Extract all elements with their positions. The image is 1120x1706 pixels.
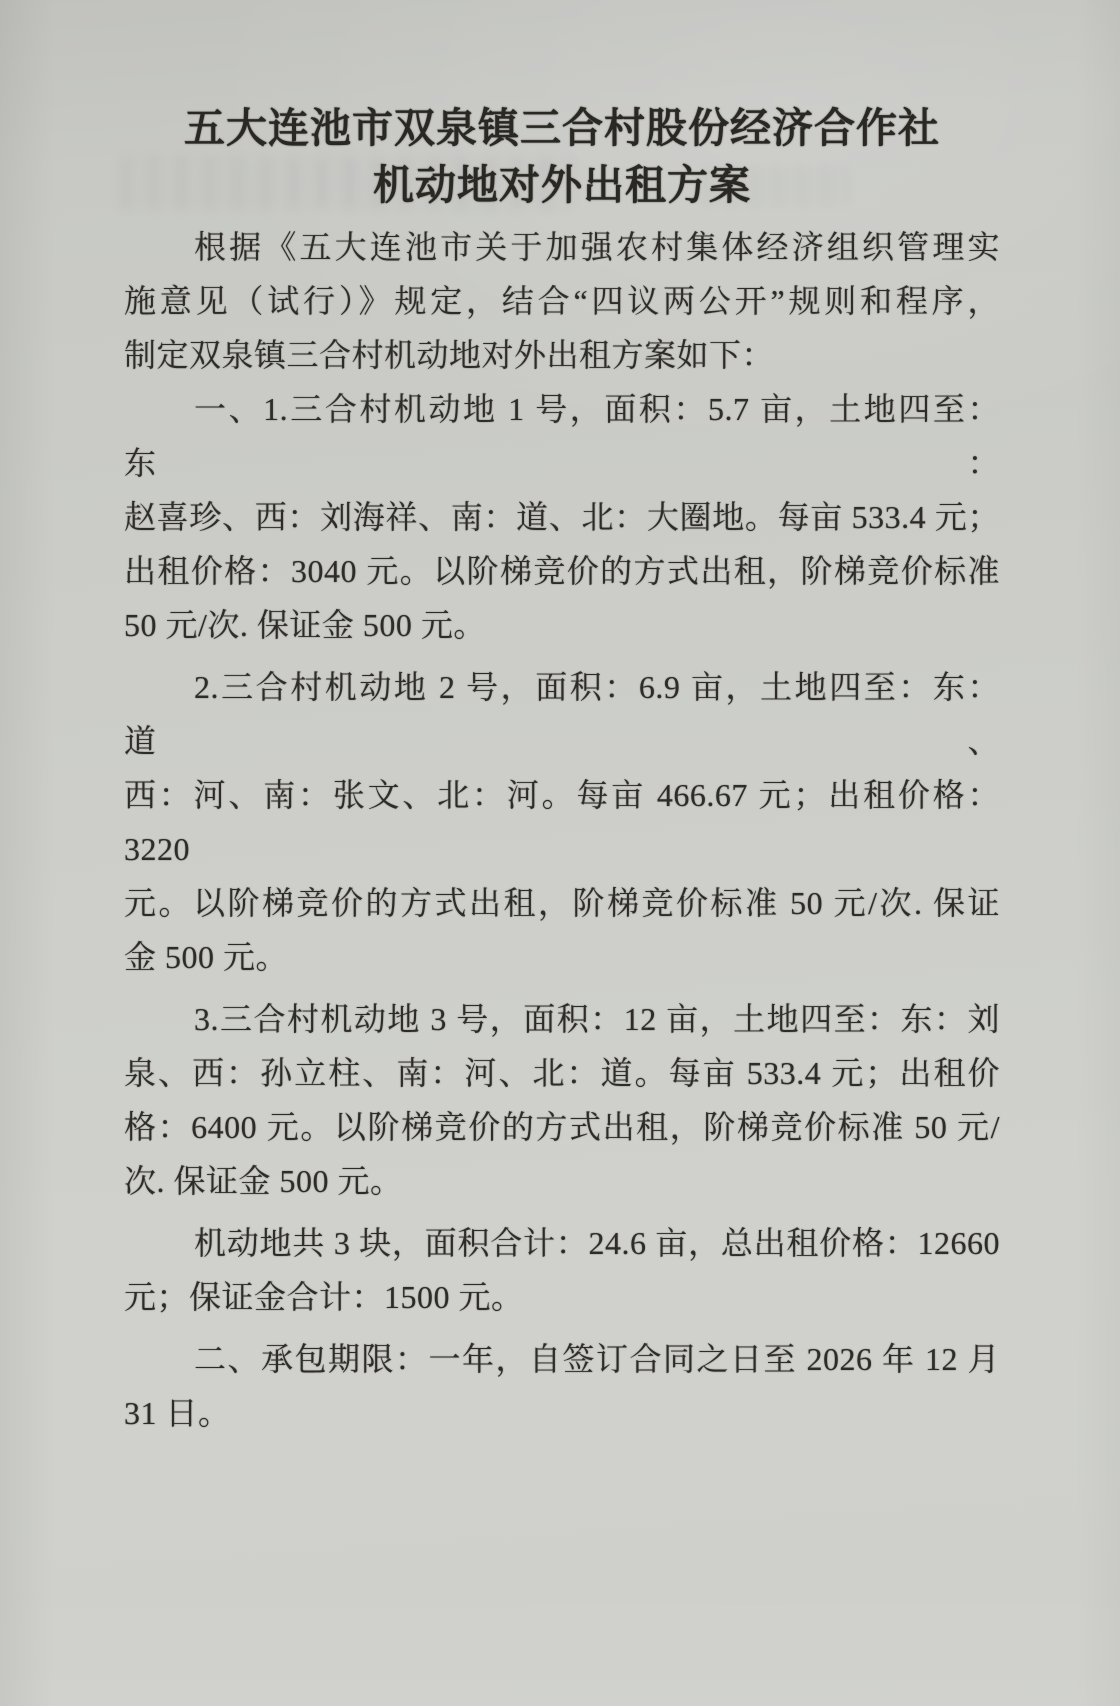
doc-line: 元；保证金合计：1500 元。 <box>124 1270 1000 1324</box>
doc-line: 出租价格：3040 元。以阶梯竞价的方式出租，阶梯竞价标准 <box>124 544 1000 598</box>
doc-line: 二、承包期限：一年，自签订合同之日至 2026 年 12 月 <box>124 1332 1000 1386</box>
doc-title-line-2: 机动地对外出租方案 <box>124 157 1000 214</box>
paragraph-term: 二、承包期限：一年，自签订合同之日至 2026 年 12 月 31 日。 <box>124 1332 1000 1440</box>
doc-line: 3.三合村机动地 3 号，面积：12 亩，土地四至：东：刘 <box>124 992 1000 1046</box>
paragraph-intro: 根据《五大连池市关于加强农村集体经济组织管理实 施意见（试行）》规定，结合“四议… <box>124 220 1000 382</box>
doc-line: 赵喜珍、西：刘海祥、南：道、北：大圈地。每亩 533.4 元； <box>124 490 1000 544</box>
paragraph-plot-2: 2.三合村机动地 2 号，面积：6.9 亩，土地四至：东：道、 西：河、南：张文… <box>124 660 1000 984</box>
doc-line: 格：6400 元。以阶梯竞价的方式出租，阶梯竞价标准 50 元/ <box>124 1100 1000 1154</box>
paragraph-summary: 机动地共 3 块，面积合计：24.6 亩，总出租价格：12660 元；保证金合计… <box>124 1216 1000 1324</box>
document-content: 五大连池市双泉镇三合村股份经济合作社 机动地对外出租方案 根据《五大连池市关于加… <box>124 100 1000 1448</box>
doc-title-line-1: 五大连池市双泉镇三合村股份经济合作社 <box>124 100 1000 157</box>
doc-line: 金 500 元。 <box>124 930 1000 984</box>
doc-line: 元。以阶梯竞价的方式出租，阶梯竞价标准 50 元/次. 保证 <box>124 876 1000 930</box>
doc-line: 西：河、南：张文、北：河。每亩 466.67 元；出租价格：3220 <box>124 768 1000 876</box>
paragraph-plot-1: 一、1.三合村机动地 1 号，面积：5.7 亩，土地四至：东： 赵喜珍、西：刘海… <box>124 382 1000 652</box>
doc-line: 次. 保证金 500 元。 <box>124 1154 1000 1208</box>
doc-line: 施意见（试行）》规定，结合“四议两公开”规则和程序， <box>124 274 1000 328</box>
doc-line: 50 元/次. 保证金 500 元。 <box>124 598 1000 652</box>
doc-line: 泉、西：孙立柱、南：河、北：道。每亩 533.4 元；出租价 <box>124 1046 1000 1100</box>
doc-title: 五大连池市双泉镇三合村股份经济合作社 机动地对外出租方案 <box>124 100 1000 214</box>
document-photo: 五大连池市双泉镇三合村股份经济合作社 机动地对外出租方案 根据《五大连池市关于加… <box>0 0 1120 1706</box>
doc-line: 一、1.三合村机动地 1 号，面积：5.7 亩，土地四至：东： <box>124 382 1000 490</box>
paragraph-plot-3: 3.三合村机动地 3 号，面积：12 亩，土地四至：东：刘 泉、西：孙立柱、南：… <box>124 992 1000 1208</box>
doc-line: 制定双泉镇三合村机动地对外出租方案如下： <box>124 328 1000 382</box>
doc-line: 2.三合村机动地 2 号，面积：6.9 亩，土地四至：东：道、 <box>124 660 1000 768</box>
doc-line: 根据《五大连池市关于加强农村集体经济组织管理实 <box>124 220 1000 274</box>
doc-line: 机动地共 3 块，面积合计：24.6 亩，总出租价格：12660 <box>124 1216 1000 1270</box>
doc-line: 31 日。 <box>124 1386 1000 1440</box>
